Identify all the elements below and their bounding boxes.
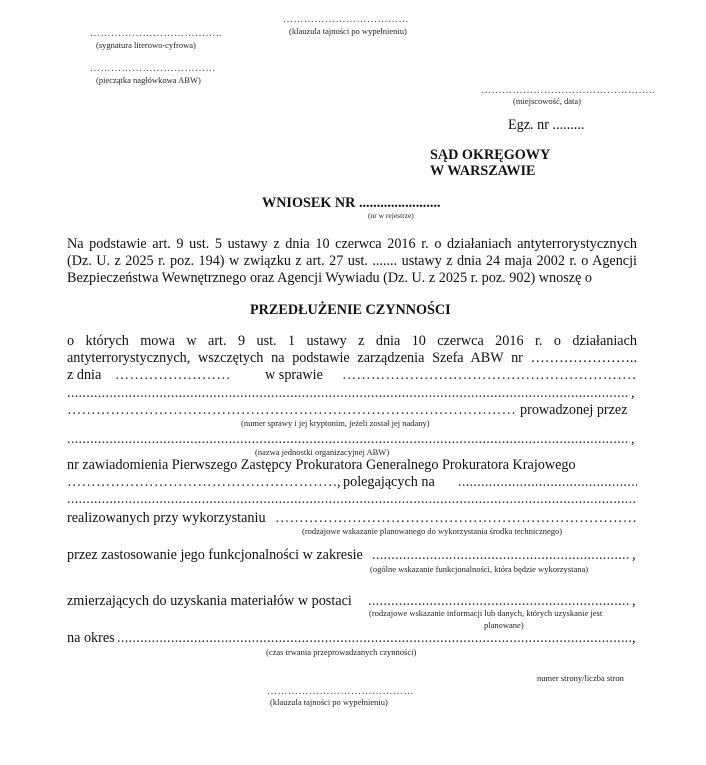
- intro-line-2: (Dz. U. z 2025 r. poz. 194) w związku z …: [67, 253, 637, 270]
- comma: ,: [337, 474, 341, 491]
- technical-means-field[interactable]: ……………………………………………………………………………………………………………: [275, 510, 637, 527]
- period-label-text: na okres: [67, 630, 115, 647]
- place-date-field[interactable]: …………………………………………..: [481, 85, 655, 96]
- page-number: numer strony/liczba stron: [537, 673, 624, 683]
- comma: ,: [632, 547, 636, 564]
- addressee-court: SĄD OKRĘGOWY: [430, 147, 550, 164]
- register-number-label: (nr w rejestrze): [368, 211, 414, 220]
- request-title: WNIOSEK NR .......................: [262, 195, 441, 212]
- functionality-label-text: przez zastosowanie jego funkcjonalności …: [67, 547, 363, 564]
- period-label: (czas trwania przeprowadzanych czynności…: [266, 647, 416, 657]
- stamp-label: (pieczątka nagłówkowa ABW): [96, 75, 201, 85]
- stamp-field[interactable]: ………………………………: [90, 63, 216, 74]
- classification-top-label: (klauzula tajności po wypełnieniu): [289, 26, 407, 36]
- materials-label-1: (rodzajowe wskazanie informacji lub dany…: [369, 608, 602, 618]
- body-line-2: antyterrorystycznych, wszczętych na pods…: [67, 350, 637, 367]
- date-label: z dnia: [67, 367, 101, 384]
- copy-number: Egz. nr .........: [508, 117, 584, 134]
- matter-label: w sprawie: [265, 367, 323, 384]
- matter-field-line-2[interactable]: ........................................…: [67, 385, 630, 402]
- consisting-of-label: polegających na: [343, 474, 435, 491]
- intro-line-3: Bezpieczeństwa Wewnętrznego oraz Agencji…: [67, 270, 592, 287]
- classification-bottom-field[interactable]: ……………………………………: [267, 686, 414, 697]
- conducted-by-label: prowadzonej przez: [520, 402, 628, 419]
- case-number-field[interactable]: ……………………………………………………………………………………………………………: [67, 402, 517, 419]
- functionality-field[interactable]: ........................................…: [372, 547, 631, 564]
- section-heading: PRZEDŁUŻENIE CZYNNOŚCI: [250, 302, 451, 319]
- comma: ,: [632, 593, 636, 610]
- intro-line-1: Na podstawie art. 9 ust. 5 ustawy z dnia…: [67, 236, 637, 253]
- consisting-of-field-line-2[interactable]: ........................................…: [67, 491, 637, 508]
- date-field[interactable]: ……………………: [115, 367, 245, 384]
- unit-label: (nazwa jednostki organizacyjnej ABW): [255, 447, 389, 457]
- notice-line: nr zawiadomienia Pierwszego Zastępcy Pro…: [67, 457, 576, 474]
- consisting-of-field[interactable]: ........................................…: [458, 474, 637, 491]
- materials-label-text: zmierzających do uzyskania materiałów w …: [67, 593, 352, 610]
- comma: ,: [631, 431, 635, 448]
- classification-bottom-label: (klauzula tajności po wypełnieniu): [270, 697, 388, 707]
- classification-top-field[interactable]: ………………………………: [283, 14, 409, 25]
- period-field[interactable]: ........................................…: [117, 630, 631, 647]
- unit-field[interactable]: ........................................…: [67, 431, 630, 448]
- comma: ,: [632, 630, 636, 647]
- functionality-label: (ogólne wskazanie funkcjonalności, która…: [370, 564, 588, 574]
- realized-using-label: realizowanych przy wykorzystaniu: [67, 510, 266, 527]
- addressee-city: W WARSZAWIE: [430, 163, 536, 180]
- technical-means-label: (rodzajowe wskazanie planowanego do wyko…: [302, 526, 562, 536]
- signature-label: (sygnatura literowo-cyfrowa): [96, 40, 196, 50]
- comma: ,: [631, 385, 635, 402]
- body-line-1: o których mowa w art. 9 ust. 1 ustawy z …: [67, 333, 637, 350]
- materials-label-2: planowane): [484, 620, 524, 630]
- place-date-label: (miejscowość, data): [513, 96, 581, 106]
- case-number-label: (numer sprawy i jej kryptonim, jeżeli zo…: [241, 418, 430, 428]
- signature-field[interactable]: ………………………………..: [90, 28, 222, 39]
- matter-field[interactable]: ……………………………………………………………………………………………………………: [342, 367, 637, 384]
- notice-number-field[interactable]: ……………………………………………………………………………………………………………: [67, 474, 337, 491]
